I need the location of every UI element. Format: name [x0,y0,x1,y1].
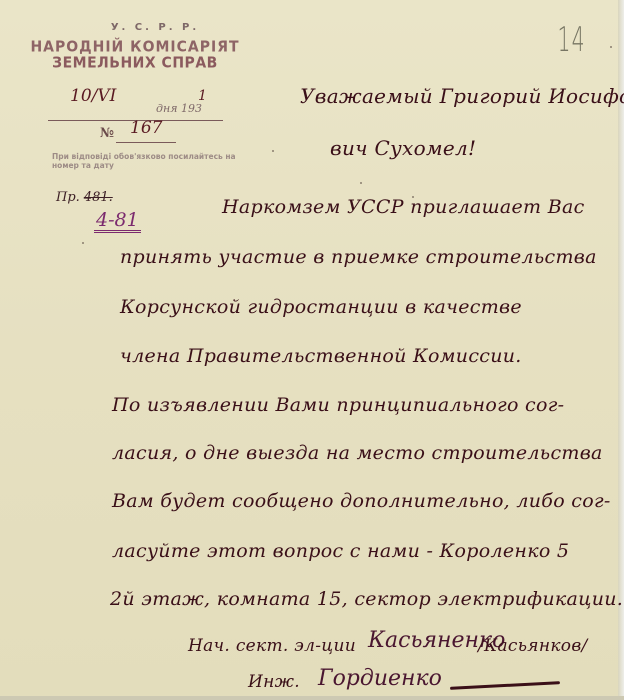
stamp-number-underline [116,142,176,143]
signature-2-mark: Гордиенко [318,666,442,691]
stamp-institution-line2: ЗЕМЕЛЬНИХ СПРАВ [30,54,240,72]
margin-note-corrected-value: 4-81 [94,210,141,233]
body-line-4: члена Правительственной Комиссии. [120,345,522,367]
body-line-1: Наркомзем УССР приглашает Вас [222,196,585,218]
body-line-6: ласия, о дне выезда на место строительст… [112,442,603,464]
stamp-date-field: 10/VI дня 193 1 [48,88,223,121]
archive-page-number: 14 [557,20,585,60]
page-edge-bottom [0,696,624,700]
body-line-8: ласуйте этот вопрос с нами - Короленко 5 [112,540,569,562]
stamp-number-label: № [100,126,114,141]
stamp-number-handwritten: 167 [130,118,162,138]
stamp-republic: У. С. Р. Р. [70,22,240,33]
paper-speck [272,150,274,152]
institution-stamp: У. С. Р. Р. НАРОДНІЙ КОМІСАРІЯТ ЗЕМЕЛЬНИ… [30,22,240,71]
margin-note-struck-value: 481. [84,190,113,205]
signature-1-title: Нач. сект. эл-ции [188,636,356,656]
body-line-5: По изъявлении Вами принципиального сог- [112,394,564,416]
margin-note: Пр.481. [56,190,113,205]
body-line-3: Корсунской гидростанции в качестве [120,296,522,318]
signature-1-name: /Касьянков/ [478,636,588,656]
stamp-year-label: дня 193 [156,102,202,115]
body-line-2: принять участие в приемке строительства [120,246,597,268]
signature-2-title: Инж. [248,672,300,692]
salutation-line-1: Уважаемый Григорий Иосифо- [300,84,624,108]
stamp-date-handwritten: 10/VI [70,86,116,106]
stamp-reply-note: При відповіді обов'язково посилайтесь на… [52,152,252,170]
paper-speck [360,182,362,184]
margin-note-prefix: Пр. [56,190,80,205]
body-line-7: Вам будет сообщено дополнительно, либо с… [112,490,611,512]
stamp-year-handwritten: 1 [198,88,207,104]
paper-speck [412,196,414,198]
paper-speck [610,46,612,48]
body-line-9: 2й этаж, комната 15, сектор электрификац… [110,588,623,610]
paper-speck [82,242,84,244]
stamp-number-field: № 167 [100,126,114,141]
stamp-institution-line1: НАРОДНІЙ КОМІСАРІЯТ [30,38,240,56]
salutation-line-2: вич Сухомел! [330,136,476,160]
